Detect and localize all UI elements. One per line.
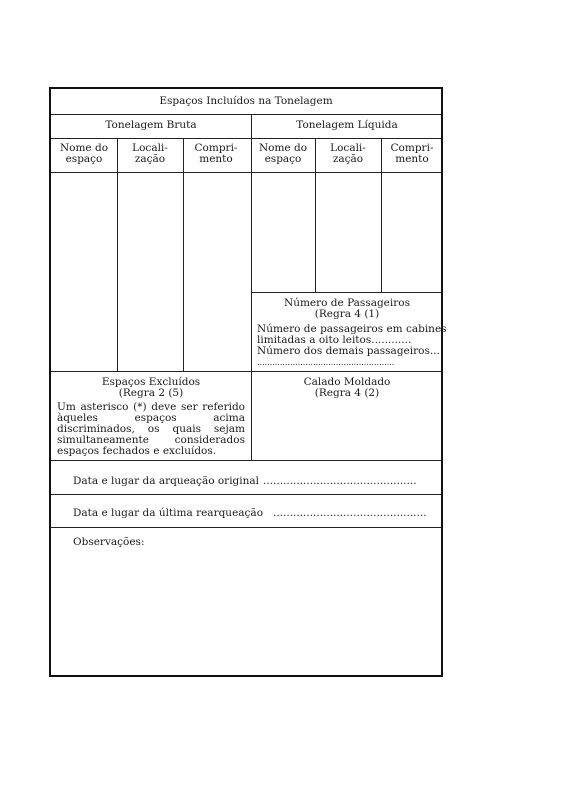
form-title: Espaços Incluídos na Tonelagem (51, 96, 441, 107)
gross-col-divider (183, 138, 184, 371)
gross-col-length: Compri- mento (183, 143, 249, 165)
gross-length-cell[interactable] (185, 175, 249, 369)
last-remeasurement-field[interactable]: ........................................… (273, 508, 437, 519)
net-length-cell[interactable] (383, 175, 441, 290)
net-col-location: Locali- zação (315, 143, 381, 165)
net-location-cell[interactable] (317, 175, 379, 290)
gross-col-location-label: Locali- zação (132, 142, 168, 165)
gross-col-name-label: Nome do espaço (60, 142, 108, 165)
original-measurement-field[interactable]: ........................................… (263, 476, 437, 487)
net-col-location-label: Locali- zação (330, 142, 366, 165)
divider (251, 292, 441, 293)
passengers-rule: (Regra 4 (1) (251, 309, 443, 320)
gross-col-name: Nome do espaço (51, 143, 117, 165)
observations-field[interactable] (55, 551, 437, 671)
excluded-rule: (Regra 2 (5) (51, 388, 251, 399)
gross-col-length-label: Compri- mento (195, 142, 238, 165)
net-tonnage-header: Tonelagem Líquida (251, 120, 443, 131)
divider (51, 527, 441, 528)
tonnage-form: Espaços Incluídos na Tonelagem Tonelagem… (49, 87, 443, 677)
center-divider (251, 114, 252, 460)
draft-field[interactable] (253, 401, 441, 457)
original-measurement-label: Data e lugar da arqueação original (73, 476, 259, 487)
net-name-cell[interactable] (253, 175, 313, 290)
divider (51, 114, 441, 115)
net-col-divider (381, 138, 382, 292)
gross-tonnage-header: Tonelagem Bruta (51, 120, 251, 131)
net-col-length: Compri- mento (381, 143, 443, 165)
net-col-name: Nome do espaço (251, 143, 315, 165)
divider (51, 172, 441, 173)
gross-col-divider (117, 138, 118, 371)
divider (51, 460, 441, 461)
gross-name-cell[interactable] (53, 175, 115, 369)
divider (51, 371, 441, 372)
gross-location-cell[interactable] (119, 175, 181, 369)
draft-rule: (Regra 4 (2) (251, 388, 443, 399)
excluded-note: Um asterisco (*) deve ser referido àquel… (57, 402, 245, 457)
net-col-length-label: Compri- mento (391, 142, 434, 165)
gross-col-location: Locali- zação (117, 143, 183, 165)
last-remeasurement-label: Data e lugar da última rearqueação (73, 508, 263, 519)
divider (51, 494, 441, 495)
net-col-name-label: Nome do espaço (259, 142, 307, 165)
divider (51, 138, 441, 139)
passengers-other-field[interactable]: Número dos demais passageiros... (257, 346, 440, 357)
net-col-divider (315, 138, 316, 292)
passengers-dotted-line[interactable]: ........................................… (257, 357, 394, 368)
observations-label: Observações: (73, 537, 145, 548)
